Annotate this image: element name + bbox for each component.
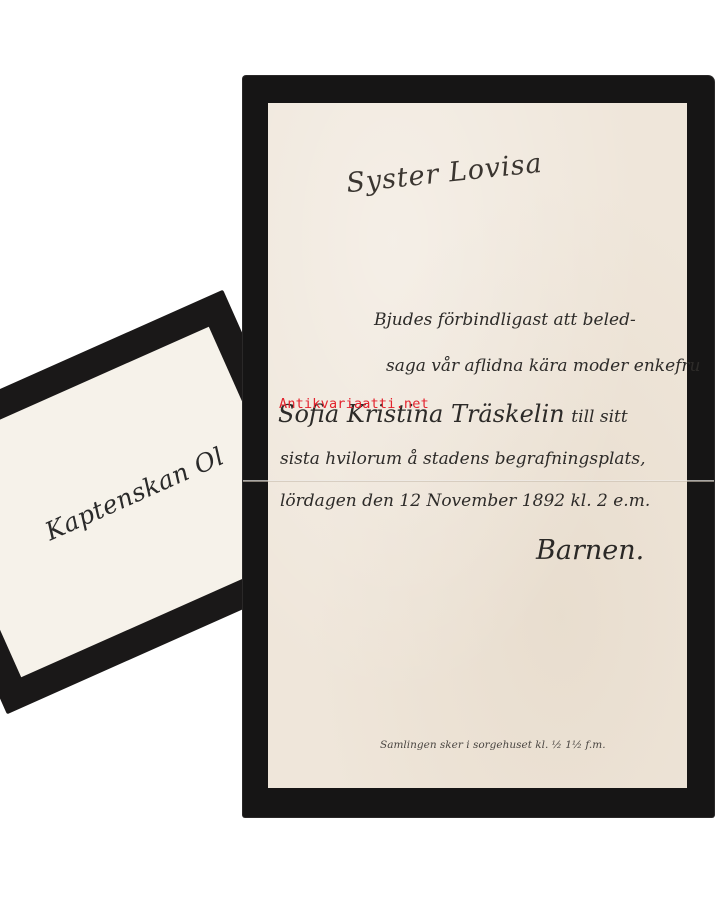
gathering-footnote: Samlingen sker i sorgehuset kl. ½ 1½ f.m… <box>380 739 606 751</box>
invitation-line-3-tail: till sitt <box>571 407 627 427</box>
envelope-address-handwriting: Kaptenskan Ol <box>41 441 229 546</box>
invitation-line-1: Bjudes förbindligast att beled- <box>374 310 636 330</box>
invitation-line-2: saga vår aflidna kära moder enkefru <box>386 356 701 376</box>
invitation-line-4: sista hvilorum å stadens begrafningsplat… <box>280 449 646 469</box>
signature: Barnen. <box>536 535 644 566</box>
handwritten-recipient-text: Syster Lovisa <box>345 148 544 199</box>
handwritten-recipient: Syster Lovisa <box>345 148 544 199</box>
letter-paper: Syster Lovisa Bjudes förbindligast att b… <box>268 103 687 788</box>
watermark: Antikvariaatti.net <box>279 396 429 412</box>
mourning-letter: Syster Lovisa Bjudes förbindligast att b… <box>243 76 714 817</box>
paper-fold-line <box>243 480 714 482</box>
invitation-line-5: lördagen den 12 November 1892 kl. 2 e.m. <box>280 491 650 511</box>
